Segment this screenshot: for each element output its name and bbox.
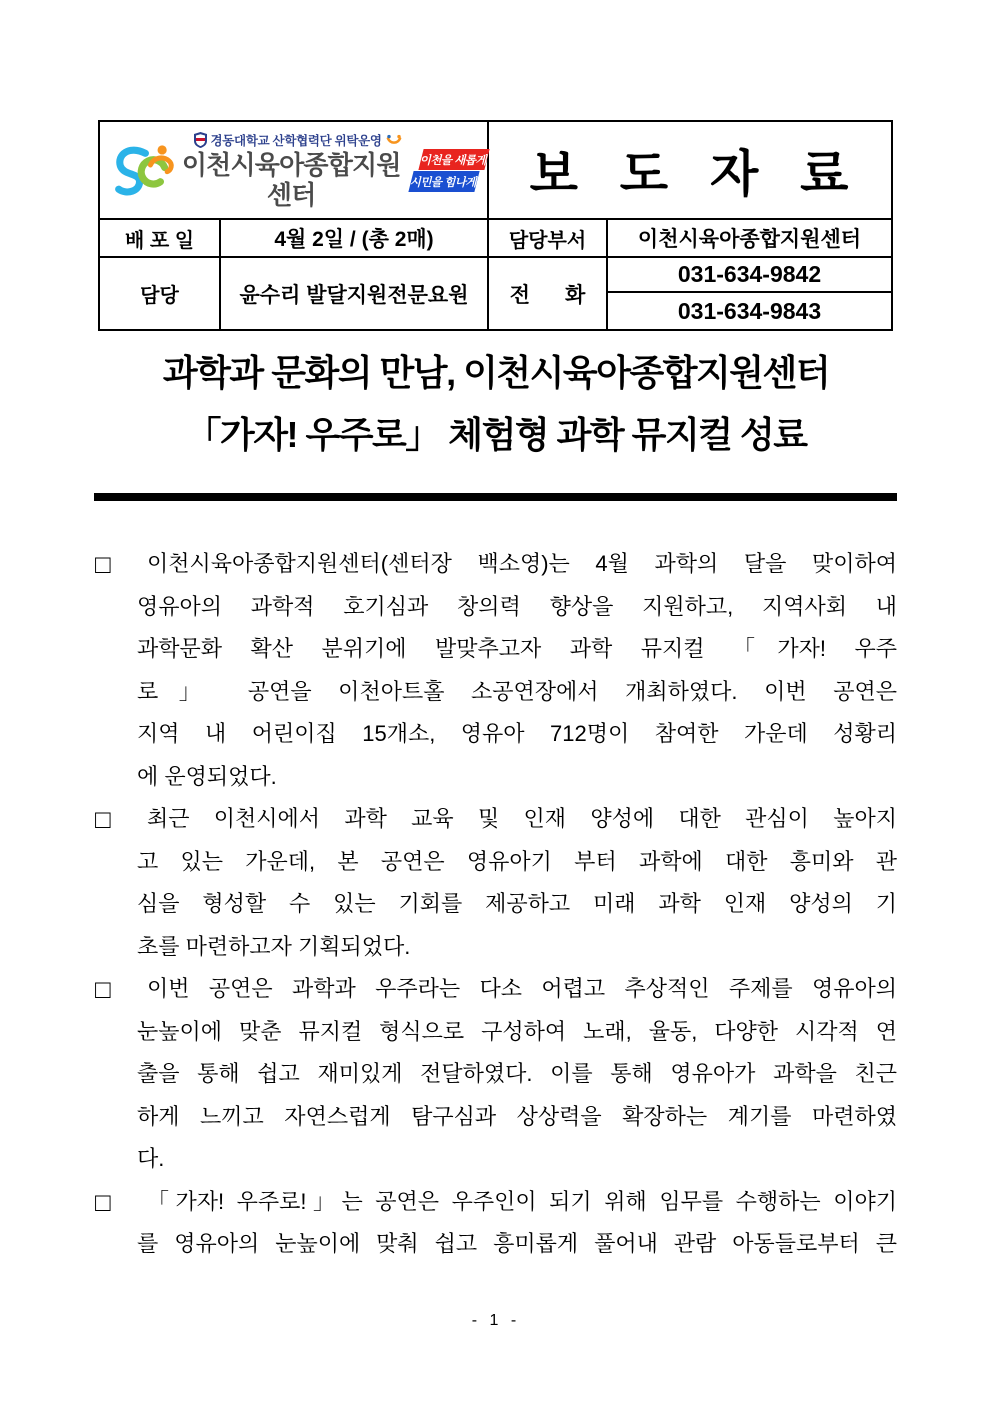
doc-type-title: 보 도 자 료	[489, 122, 891, 220]
body-text: □ 이천시육아종합지원센터(센터장 백소영)는 4월 과학의 달을 맞이하여 영…	[100, 543, 897, 1266]
paragraph-line: 로」 공연을 이천아트홀 소공연장에서 개최하였다. 이번 공연은	[137, 671, 897, 714]
figure-head	[158, 145, 167, 154]
paragraph-line: 과학문화 확산 분위기에 발맞추고자 과학 뮤지컬 「가자! 우주	[137, 628, 897, 671]
bullet-square: □	[95, 968, 111, 1011]
release-date-label: 배 포 일	[100, 220, 221, 258]
title-divider-rule	[94, 493, 897, 501]
phone-number-2: 031-634-9843	[608, 293, 891, 329]
phone-label: 전 화	[489, 258, 608, 329]
slogan-top: 이천을 새롭게	[418, 149, 489, 170]
slogan-bottom: 시민을 힘나게	[408, 171, 479, 192]
department-value: 이천시육아종합지원센터	[608, 220, 891, 258]
logo-caption-row: 경동대학교 산학협력단 위탁운영	[194, 131, 404, 150]
paragraph: □ 이번 공연은 과학과 우주라는 다소 어렵고 추상적인 주제를 영유아의 눈…	[100, 968, 897, 1181]
paragraph-line: 최근 이천시에서 과학 교육 및 인재 양성에 대한 관심이 높아지	[137, 798, 897, 841]
bullet-square: □	[95, 798, 111, 841]
paragraph-line: 지역 내 어린이집 15개소, 영유아 712명이 참여한 가운데 성황리	[137, 713, 897, 756]
title-line-1: 과학과 문화의 만남, 이천시육아종합지원센터	[0, 342, 992, 404]
paragraph-line: 하게 느끼고 자연스럽게 탐구심과 상상력을 확장하는 계기를 마련하였	[137, 1096, 897, 1139]
paragraph-line: 이천시육아종합지원센터(센터장 백소영)는 4월 과학의 달을 맞이하여	[137, 543, 897, 586]
header-table: 경동대학교 산학협력단 위탁운영 이천시육아종합지원센터 이천을 새롭게 시민을…	[98, 120, 893, 331]
page-number: - 1 -	[0, 1312, 992, 1330]
logo-text: 경동대학교 산학협력단 위탁운영 이천시육아종합지원센터	[180, 131, 404, 210]
phone-number-1: 031-634-9842	[608, 258, 891, 293]
paragraph-line: 를 영유아의 눈높이에 맞춰 쉽고 흥미롭게 풀어내 관람 아동들로부터 큰	[137, 1223, 897, 1266]
manager-value: 윤수리 발달지원전문요원	[221, 258, 489, 329]
paragraph-line: 영유아의 과학적 호기심과 창의력 향상을 지원하고, 지역사회 내	[137, 586, 897, 629]
university-emblem-icon	[194, 132, 207, 148]
paragraph-line: 눈높이에 맞춘 뮤지컬 형식으로 구성하여 노래, 율동, 다양한 시각적 연	[137, 1011, 897, 1054]
title-line-2: 「가자! 우주로」 체험형 과학 뮤지컬 성료	[0, 404, 992, 466]
paragraph: □ 이천시육아종합지원센터(센터장 백소영)는 4월 과학의 달을 맞이하여 영…	[100, 543, 897, 798]
paragraph-line: 다.	[137, 1138, 897, 1181]
paragraph-line: 에 운영되었다.	[137, 756, 897, 799]
city-slogan-banner: 이천을 새롭게 시민을 힘나게	[410, 149, 487, 192]
bullet-square: □	[95, 543, 111, 586]
paragraph-line: 출을 통해 쉽고 재미있게 전달하였다. 이를 통해 영유아가 과학을 친근	[137, 1053, 897, 1096]
bullet-square: □	[95, 1181, 111, 1224]
paragraph: □ 최근 이천시에서 과학 교육 및 인재 양성에 대한 관심이 높아지 고 있…	[100, 798, 897, 968]
sci-logo-mark	[112, 138, 176, 202]
smile-icon	[386, 134, 402, 147]
paragraph-line: 심을 형성할 수 있는 기회를 제공하고 미래 과학 인재 양성의 기	[137, 883, 897, 926]
paragraph-line: 고 있는 가운데, 본 공연은 영유아기 부터 과학에 대한 흥미와 관	[137, 841, 897, 884]
paragraph-line: 「가자! 우주로!」는 공연은 우주인이 되기 위해 임무를 수행하는 이야기	[137, 1181, 897, 1224]
document-title: 과학과 문화의 만남, 이천시육아종합지원센터 「가자! 우주로」 체험형 과학…	[0, 342, 992, 466]
paragraph-line: 이번 공연은 과학과 우주라는 다소 어렵고 추상적인 주제를 영유아의	[137, 968, 897, 1011]
logo-caption: 경동대학교 산학협력단 위탁운영	[211, 131, 382, 149]
release-date-value: 4월 2일 / (총 2매)	[221, 220, 489, 258]
department-label: 담당부서	[489, 220, 608, 258]
org-logo: 경동대학교 산학협력단 위탁운영 이천시육아종합지원센터 이천을 새롭게 시민을…	[112, 131, 487, 210]
logo-cell: 경동대학교 산학협력단 위탁운영 이천시육아종합지원센터 이천을 새롭게 시민을…	[100, 122, 489, 220]
manager-label: 담당	[100, 258, 221, 329]
org-name: 이천시육아종합지원센터	[180, 150, 404, 210]
paragraph-line: 초를 마련하고자 기획되었다.	[137, 926, 897, 969]
paragraph: □ 「가자! 우주로!」는 공연은 우주인이 되기 위해 임무를 수행하는 이야…	[100, 1181, 897, 1266]
press-release-page: 경동대학교 산학협력단 위탁운영 이천시육아종합지원센터 이천을 새롭게 시민을…	[0, 0, 992, 1403]
